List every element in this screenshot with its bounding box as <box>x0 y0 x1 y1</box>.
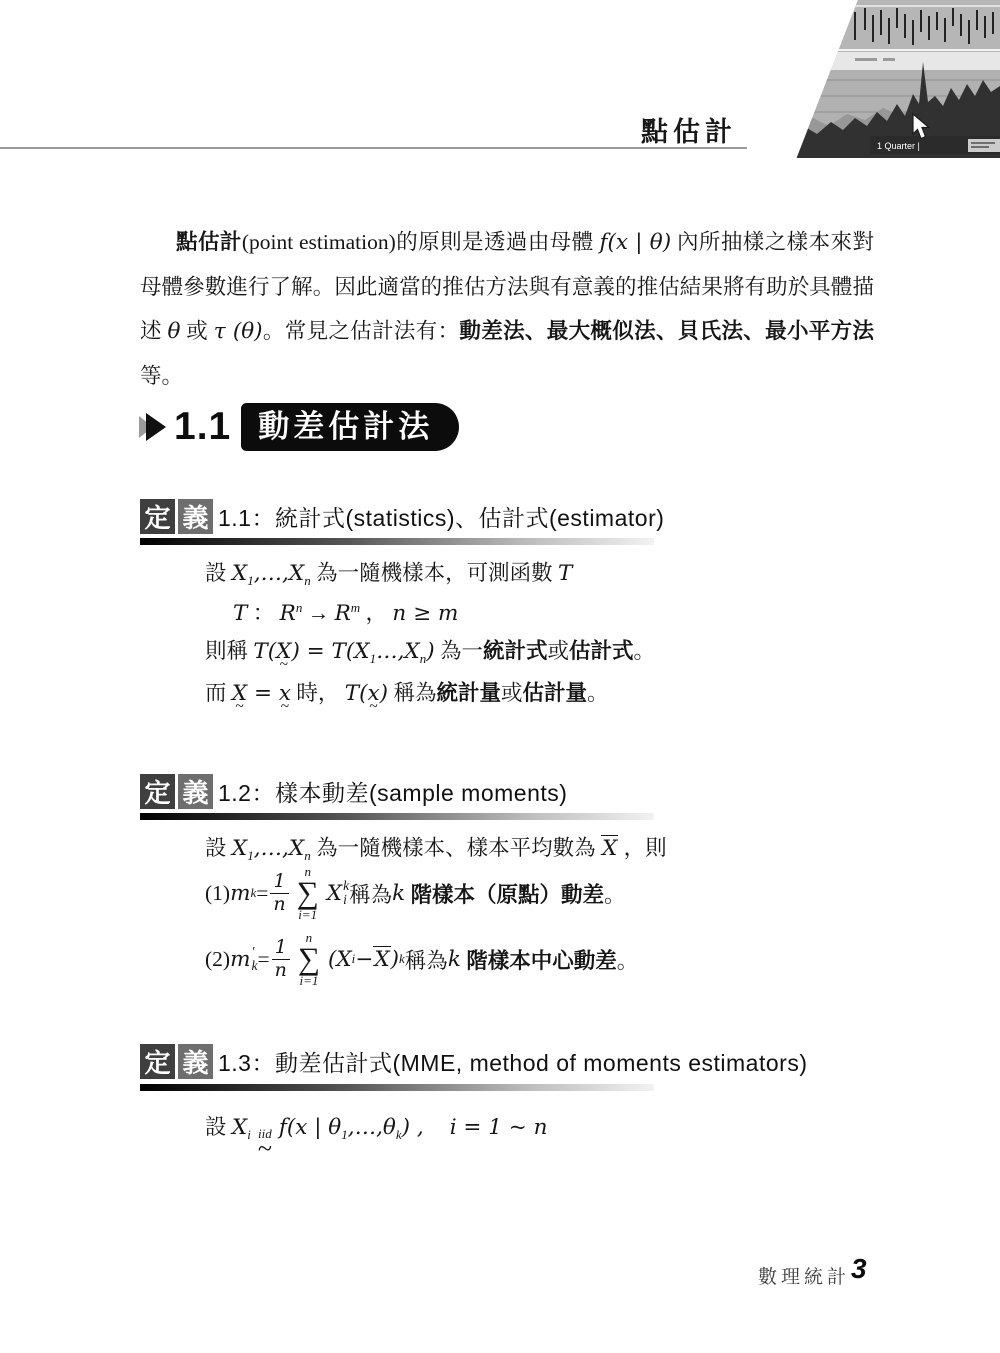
def-1-1-line-4: 而 X = x 時， T(x) 稱為統計量或估計量。 <box>205 676 609 707</box>
stock-chart-image: 1 Quarter | <box>755 0 1000 158</box>
density-function-expression: f(x | θ) <box>600 230 672 255</box>
def-1-1-underline <box>140 538 654 545</box>
intro-lead-term: 點估計 <box>176 230 242 254</box>
footer-book-title: 數理統計 <box>758 1262 850 1289</box>
theta-symbol: θ <box>168 319 181 344</box>
chapter-title: 點估計 <box>641 110 737 149</box>
header-rule <box>0 147 747 149</box>
photo-caption: 1 Quarter | <box>877 141 920 151</box>
chapter-graphic: 1 Quarter | 1 <box>740 0 1000 170</box>
def-1-2-title: 1.2：樣本動差(sample moments) <box>218 775 567 808</box>
def-badge-tile-1: 定 <box>140 1044 175 1079</box>
footer-page-number: 3 <box>851 1253 867 1285</box>
definition-1-1-header: 定 義 1.1：統計式(statistics)、估計式(estimator) <box>140 498 664 534</box>
section-heading: 1.1 動差估計法 <box>138 402 459 452</box>
def-1-2-underline <box>140 813 654 820</box>
equation-1: (1) mk = 1nn∑i=1Xki 稱為 k 階樣本（原點）動差。 <box>205 860 626 926</box>
definition-1-2-header: 定 義 1.2：樣本動差(sample moments) <box>140 773 567 809</box>
section-arrow-icon <box>138 412 170 442</box>
fraction-one-over-n: 1n <box>272 937 290 982</box>
def-1-1-line-1: 設 X1,…,Xn 為一隨機樣本，可測函數 T <box>205 556 572 587</box>
fraction-one-over-n: 1n <box>270 871 288 916</box>
def-badge-tile-2: 義 <box>178 499 213 534</box>
def-badge-tile-1: 定 <box>140 774 175 809</box>
tau-theta-expression: τ (θ) <box>214 319 263 344</box>
section-number: 1.1 <box>174 405 231 449</box>
def-badge-tile-2: 義 <box>178 774 213 809</box>
iid-distribution-symbol: iid~ <box>258 1127 272 1162</box>
section-title-badge: 動差估計法 <box>241 403 459 451</box>
def-1-1-line-2: T ： Rn → Rm ， n ≥ m <box>233 596 458 627</box>
stock-chart-photo: 1 Quarter | <box>755 0 1000 158</box>
def-1-3-underline <box>140 1084 654 1091</box>
summation: n∑i=1 <box>297 865 319 920</box>
estimation-methods-list: 動差法、最大概似法、貝氏法、最小平方法 <box>459 319 874 343</box>
def-1-1-title: 1.1：統計式(statistics)、估計式(estimator) <box>218 500 664 533</box>
definition-1-3-header: 定 義 1.3：動差估計式(MME, method of moments est… <box>140 1043 807 1079</box>
def-1-2-line-1: 設 X1,…,Xn 為一隨機樣本、樣本平均數為 X ，則 <box>205 831 667 862</box>
def-1-3-line-1: 設 Xiiid~f(x | θ1,…,θk) ,i = 1 ~ n <box>205 1110 547 1162</box>
textbook-page: 點估計 <box>0 0 1000 1353</box>
def-1-1-line-3: 則稱 T(X) = T(X1…,Xn) 為一統計式或估計式。 <box>205 634 655 665</box>
def-badge-tile-2: 義 <box>178 1044 213 1079</box>
def-badge-tile-1: 定 <box>140 499 175 534</box>
intro-paragraph: 點估計(point estimation)的原則是透過由母體 f(x | θ) … <box>140 220 874 398</box>
def-1-3-title: 1.3：動差估計式(MME, method of moments estimat… <box>218 1045 807 1078</box>
summation: n∑i=1 <box>298 931 320 986</box>
equation-2: (2) m′k = 1nn∑i=1(Xi − X)k 稱為 k 階樣本中心動差。 <box>205 926 638 992</box>
